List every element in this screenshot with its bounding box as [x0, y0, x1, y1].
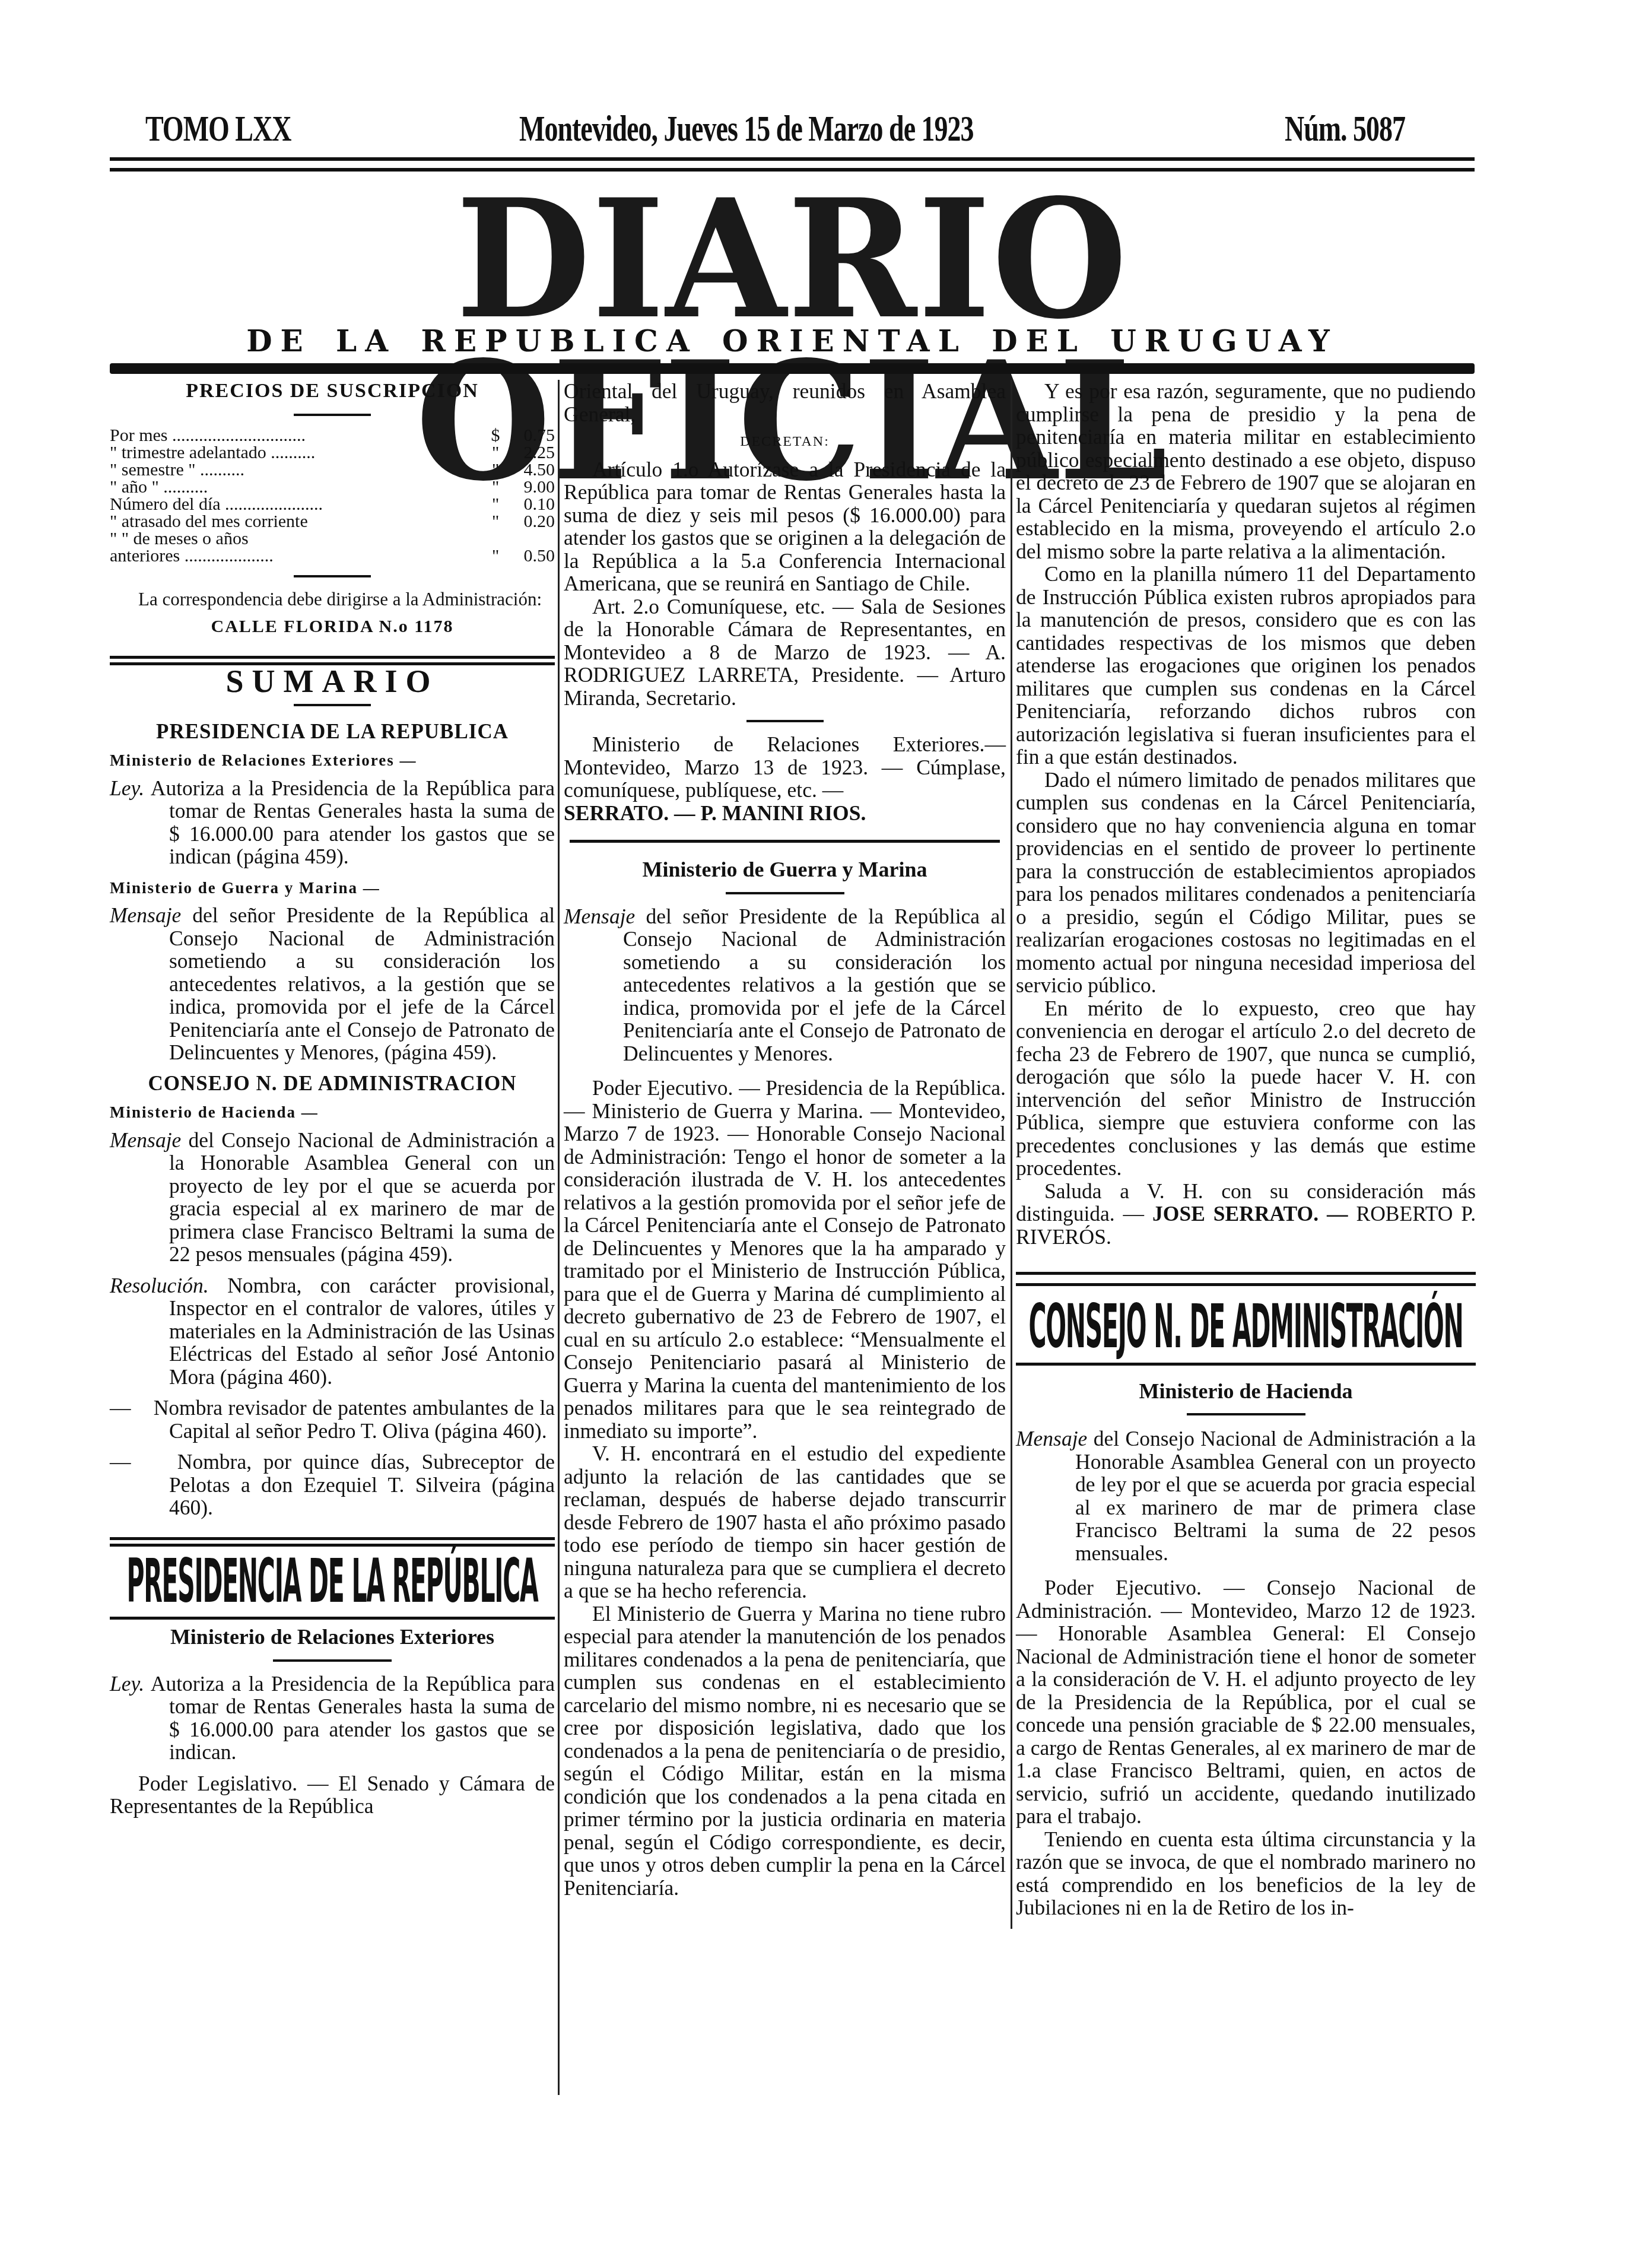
right-column: Y es por esa razón, seguramente, que no … — [1016, 380, 1476, 1919]
price-row: " año " .........."9.00 — [110, 478, 555, 496]
subscription-prices-table: Por mes ..............................$0… — [110, 427, 555, 564]
short-rule — [746, 720, 824, 722]
paragraph: Y es por esa razón, seguramente, que no … — [1016, 380, 1476, 563]
section-banner-consejo: CONSEJO N. DE ADMINISTRACIÓN — [1008, 1309, 1484, 1345]
double-rule — [1016, 1283, 1476, 1286]
short-rule — [1187, 1413, 1305, 1415]
ministry-heading: Ministerio de Hacienda — [1016, 1380, 1476, 1403]
price-row: anteriores ...................."0.50 — [110, 547, 555, 564]
price-row: " trimestre adelantado .........."2.25 — [110, 444, 555, 461]
volume-label: TOMO LXX — [145, 107, 291, 150]
paragraph: Dado el número limitado de penados milit… — [1016, 769, 1476, 997]
short-rule — [294, 575, 371, 577]
ministry-heading: Ministerio de Relaciones Exteriores — [110, 1626, 555, 1649]
paragraph: Oriental del Uruguay, reunidos en Asambl… — [564, 380, 1006, 426]
summary-entry: Resolución. Nombra, con carácter provisi… — [110, 1274, 555, 1389]
message-entry: Mensaje del señor Presidente de la Repúb… — [564, 905, 1006, 1065]
message-entry: Mensaje del Consejo Nacional de Administ… — [1016, 1427, 1476, 1564]
section-rule — [570, 840, 1000, 843]
double-rule — [110, 1537, 555, 1540]
law-entry: Ley. Autoriza a la Presidencia de la Rep… — [110, 1672, 555, 1764]
column-divider-2 — [1011, 380, 1012, 1929]
address: CALLE FLORIDA N.o 1178 — [110, 615, 555, 639]
paragraph: En mérito de lo expuesto, creo que hay c… — [1016, 997, 1476, 1180]
issue-date: Montevideo, Jueves 15 de Marzo de 1923 — [519, 107, 974, 150]
poder-legislativo-paragraph: Poder Legislativo. — El Senado y Cámara … — [110, 1772, 555, 1818]
left-column: PRECIOS DE SUSCRIPCION Por mes .........… — [110, 380, 555, 1818]
section-rule — [110, 1617, 555, 1620]
summary-section-consejo: CONSEJO N. DE ADMINISTRACION — [110, 1072, 555, 1096]
short-rule — [294, 414, 371, 416]
article-1: Artículo 1.o Autorízase a la Presidencia… — [564, 458, 1006, 595]
summary-entry: Mensaje del señor Presidente de la Repúb… — [110, 904, 555, 1064]
issue-info-line: TOMO LXX Montevideo, Jueves 15 de Marzo … — [122, 107, 1481, 163]
summary-entry: — Nombra revisador de patentes ambulante… — [110, 1396, 555, 1442]
closing-paragraph: Saluda a V. H. con su consideración más … — [1016, 1180, 1476, 1249]
summary-entry: Mensaje del Consejo Nacional de Administ… — [110, 1129, 555, 1266]
ministry-heading: Ministerio de Guerra y Marina — [564, 858, 1006, 881]
summary-ministry-label: Ministerio de Guerra y Marina — — [110, 877, 555, 900]
summary-title: SUMARIO — [110, 670, 555, 693]
column-divider-1 — [558, 380, 560, 2095]
short-rule — [294, 704, 371, 706]
paragraph: El Ministerio de Guerra y Marina no tien… — [564, 1602, 1006, 1900]
signatures: SERRATO. — P. MANINI RIOS. — [564, 802, 1006, 825]
price-row: " atrasado del mes corriente"0.20 — [110, 513, 555, 530]
short-rule — [726, 892, 844, 894]
summary-entry: Ley. Autoriza a la Presidencia de la Rep… — [110, 777, 555, 868]
article-2: Art. 2.o Comuníquese, etc. — Sala de Ses… — [564, 595, 1006, 710]
ministry-note: Ministerio de Relaciones Exteriores.— Mo… — [564, 733, 1006, 802]
summary-section-presidencia: PRESIDENCIA DE LA REPUBLICA — [110, 720, 555, 744]
masthead-thick-rule — [110, 363, 1475, 374]
double-rule — [1016, 1272, 1476, 1275]
section-rule — [1016, 1363, 1476, 1366]
summary-entry: — Nombra, por quince días, Subreceptor d… — [110, 1450, 555, 1519]
poder-ejecutivo-paragraph: Poder Ejecutivo. — Consejo Nacional de A… — [1016, 1576, 1476, 1828]
paragraph: Teniendo en cuenta esta última circunsta… — [1016, 1828, 1476, 1919]
paragraph: V. H. encontrará en el estudio del exped… — [564, 1442, 1006, 1602]
decretan-heading: DECRETAN: — [564, 430, 1006, 453]
price-row: " semestre " .........."4.50 — [110, 461, 555, 478]
header-rule-top — [110, 157, 1475, 161]
price-row: " " de meses o años — [110, 530, 555, 547]
correspondence-note: La correspondencia debe dirigirse a la A… — [110, 588, 555, 611]
summary-ministry-label: Ministerio de Relaciones Exteriores — — [110, 749, 555, 772]
masthead-subtitle: DE LA REPUBLICA ORIENTAL DEL URUGUAY — [110, 323, 1475, 358]
newspaper-page: TOMO LXX Montevideo, Jueves 15 de Marzo … — [0, 0, 1652, 2241]
middle-column: Oriental del Uruguay, reunidos en Asambl… — [564, 380, 1006, 1899]
poder-ejecutivo-paragraph: Poder Ejecutivo. — Presidencia de la Rep… — [564, 1077, 1006, 1442]
summary-ministry-label: Ministerio de Hacienda — — [110, 1101, 555, 1124]
price-row: Por mes ..............................$0… — [110, 427, 555, 444]
price-row: Número del día ......................"0.… — [110, 496, 555, 513]
issue-number: Núm. 5087 — [1285, 107, 1405, 150]
section-banner-presidencia: PRESIDENCIA DE LA REPÚBLICA — [110, 1564, 555, 1599]
paragraph: Como en la planilla número 11 del Depart… — [1016, 563, 1476, 769]
subscription-prices-title: PRECIOS DE SUSCRIPCION — [110, 380, 555, 403]
short-rule — [273, 1659, 392, 1662]
double-rule — [110, 656, 555, 659]
